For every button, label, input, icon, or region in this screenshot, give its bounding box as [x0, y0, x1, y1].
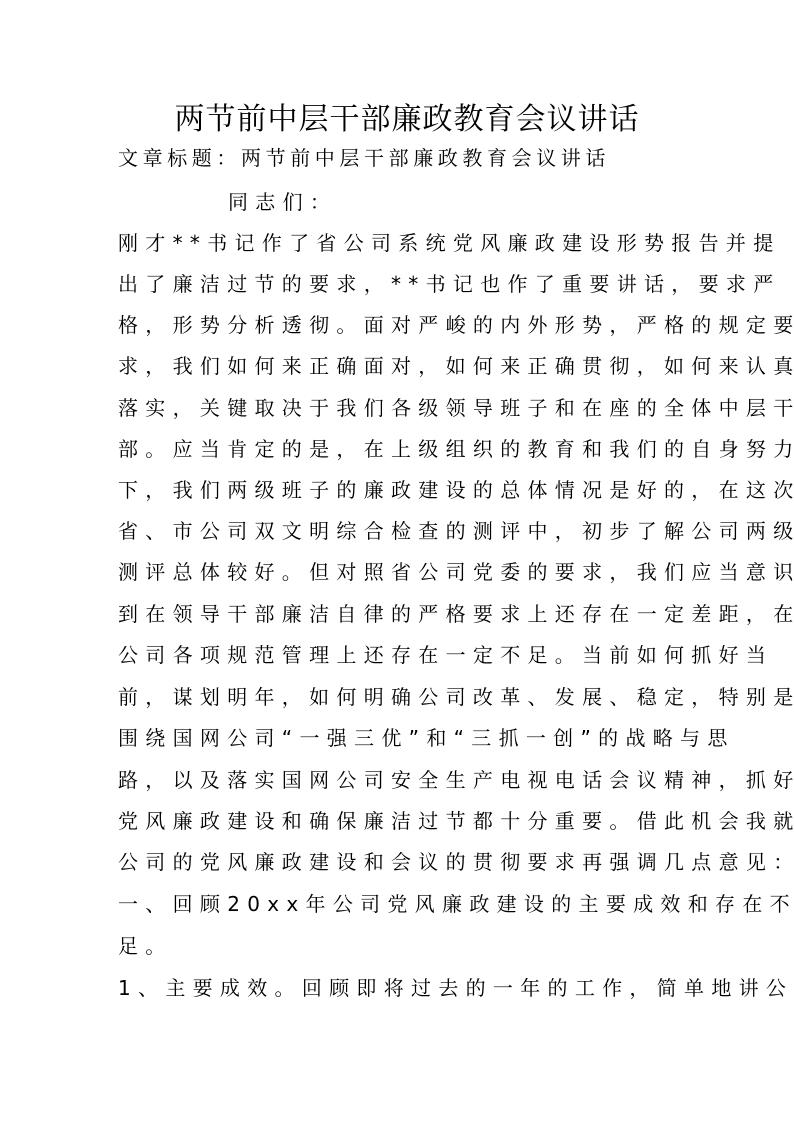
body-line: 下，我们两级班子的廉政建设的总体情况是好的，在这次	[118, 476, 794, 504]
document-page: 两节前中层干部廉政教育会议讲话 文章标题：两节前中层干部廉政教育会议讲话 同志们…	[0, 0, 794, 1123]
body-line: 公司各项规范管理上还存在一定不足。当前如何抓好当	[118, 641, 773, 669]
body-line: 测评总体较好。但对照省公司党委的要求，我们应当意识	[118, 558, 794, 586]
body-line: 部。应当肯定的是，在上级组织的教育和我们的自身努力	[118, 435, 794, 463]
body-line: 落实，关键取决于我们各级领导班子和在座的全体中层干	[118, 394, 794, 422]
body-line: 围绕国网公司“一强三优”和“三抓一创”的战略与思	[118, 724, 735, 752]
body-line: 格，形势分析透彻。面对严峻的内外形势，严格的规定要	[118, 311, 794, 339]
section-heading-line: 一、回顾20xx年公司党风廉政建设的主要成效和存在不	[118, 890, 794, 918]
body-line: 公司的党风廉政建设和会议的贯彻要求再强调几点意见：	[118, 848, 794, 876]
body-line: 足。	[118, 932, 173, 960]
document-title: 两节前中层干部廉政教育会议讲话	[10, 100, 794, 140]
article-subtitle: 文章标题：两节前中层干部廉政教育会议讲话	[118, 144, 610, 172]
body-line: 刚才**书记作了省公司系统党风廉政建设形势报告并提	[118, 229, 781, 257]
body-line: 省、市公司双文明综合检查的测评中，初步了解公司两级	[118, 517, 794, 545]
body-line: 出了廉洁过节的要求，**书记也作了重要讲话，要求严	[118, 270, 781, 298]
subsection-heading-line: 1、主要成效。回顾即将过去的一年的工作，简单地讲公	[118, 974, 793, 1002]
body-line: 求，我们如何来正确面对，如何来正确贯彻，如何来认真	[118, 352, 794, 380]
body-line: 路，以及落实国网公司安全生产电视电话会议精神，抓好	[118, 766, 794, 794]
body-line: 前，谋划明年，如何明确公司改革、发展、稳定，特别是	[118, 683, 794, 711]
greeting: 同志们：	[228, 188, 337, 216]
body-line: 党风廉政建设和确保廉洁过节都十分重要。借此机会我就	[118, 807, 794, 835]
body-line: 到在领导干部廉洁自律的严格要求上还存在一定差距，在	[118, 600, 794, 628]
